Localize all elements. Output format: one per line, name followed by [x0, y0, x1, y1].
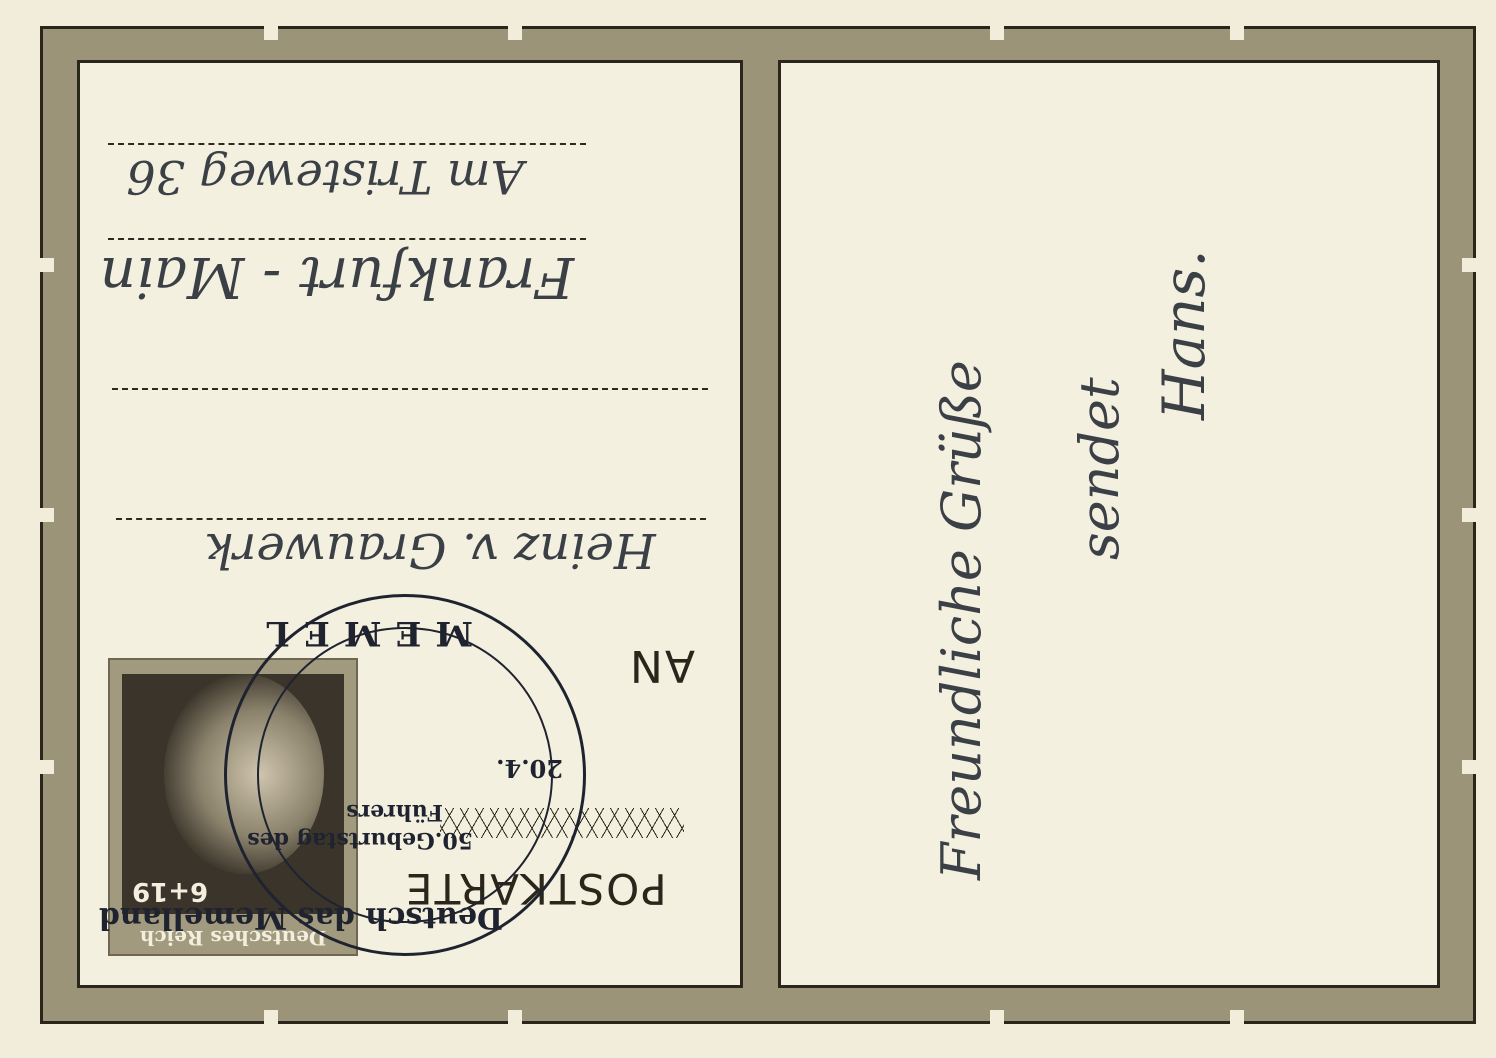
postmark-city: MEMEL [252, 613, 473, 653]
postmark-date: 20.4. [496, 754, 563, 783]
frame-notch [1462, 760, 1476, 774]
frame-notch [508, 26, 522, 40]
message-line-1: Freundliche Grüße [930, 360, 993, 880]
frame-notch [508, 1010, 522, 1024]
address-line-3: Am Tristeweg 36 [110, 150, 540, 204]
postmark-arc-text: Deutsch das Memelland [99, 900, 503, 935]
postmark-inner-text-2: Führers [346, 799, 443, 825]
frame-notch [264, 26, 278, 40]
frame-notch [40, 508, 54, 522]
frame-notch [40, 760, 54, 774]
frame-notch [264, 1010, 278, 1024]
address-line [108, 238, 586, 240]
address-line [108, 143, 586, 145]
postmark: Deutsch das Memelland 50.Geburtstag des … [224, 594, 586, 956]
address-line-2: Frankfurt - Main [92, 244, 582, 309]
message-line-2: sendet [1068, 377, 1131, 560]
an-label: AN [628, 640, 695, 691]
frame-notch [40, 258, 54, 272]
postmark-inner-text: 50.Geburtstag des [247, 827, 473, 853]
postcard: Am Tristeweg 36 Frankfurt - Main Heinz v… [0, 0, 1496, 1058]
frame-notch [990, 1010, 1004, 1024]
frame-notch [1230, 26, 1244, 40]
address-line [116, 518, 706, 520]
frame-notch [1462, 508, 1476, 522]
frame-notch [1230, 1010, 1244, 1024]
frame-notch [990, 26, 1004, 40]
frame-notch [1462, 258, 1476, 272]
address-line-1: Heinz v. Grauwerk [150, 522, 710, 578]
address-line [112, 388, 708, 390]
message-line-3: Hans. [1150, 249, 1218, 420]
